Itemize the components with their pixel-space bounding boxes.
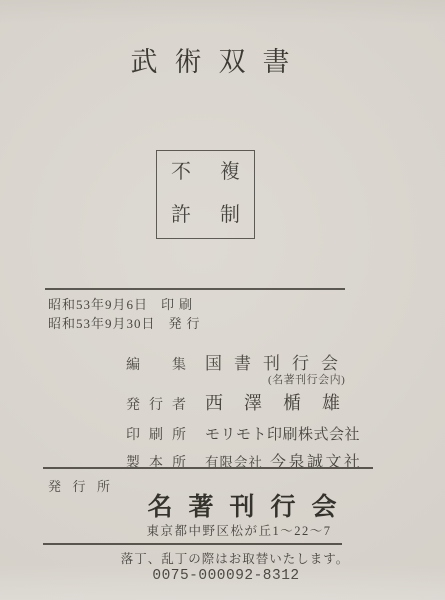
- publisher-person-row: 発行者西澤楯雄: [126, 389, 361, 415]
- printer-label: 印刷所: [126, 424, 186, 444]
- issued-label: 発行: [169, 316, 205, 331]
- publishing-office-name: 名著刊行会: [0, 487, 445, 523]
- transfer-code: 0075-000092-8312: [0, 568, 445, 584]
- book-colophon-page: 武術双書 不 複 許 制 昭和53年9月6日印刷 昭和53年9月30日発行 編集…: [0, 0, 445, 600]
- publisher-person-name: 西澤楯雄: [205, 393, 361, 413]
- series-title: 武術双書: [0, 40, 420, 79]
- stamp-char-bottom-left: 許: [171, 205, 191, 225]
- binder-label: 製本所: [126, 452, 186, 472]
- printed-date: 昭和53年9月6日: [48, 297, 148, 312]
- stamp-char-top-right: 複: [220, 162, 240, 182]
- replacement-notice: 落丁、乱丁の際はお取替いたします。: [0, 549, 445, 567]
- printed-label: 印刷: [161, 297, 197, 312]
- footer-rule: [43, 543, 342, 545]
- editor-label: 編集: [126, 354, 186, 374]
- stamp-char-top-left: 不: [171, 162, 191, 182]
- stamp-row-bottom: 許 制: [171, 205, 240, 225]
- editor-note: (名著刊行会内): [268, 371, 345, 387]
- binder-row: 製本所有限会社今泉誠文社: [126, 449, 363, 472]
- stamp-char-bottom-right: 制: [220, 205, 240, 225]
- stamp-row-top: 不 複: [171, 162, 240, 182]
- publisher-person-label: 発行者: [126, 394, 186, 414]
- colophon-mid-rule: [43, 467, 373, 469]
- no-reproduction-stamp: 不 複 許 制: [156, 150, 255, 239]
- printer-row: 印刷所モリモト印刷株式会社: [126, 423, 360, 444]
- printed-date-line: 昭和53年9月6日印刷: [48, 294, 197, 313]
- issued-date: 昭和53年9月30日: [48, 316, 156, 331]
- publishing-office-address: 東京都中野区松が丘1～22～7: [0, 521, 445, 539]
- issued-date-line: 昭和53年9月30日発行: [48, 313, 205, 332]
- printer-name: モリモト印刷株式会社: [205, 427, 360, 443]
- colophon-top-rule: [45, 288, 345, 290]
